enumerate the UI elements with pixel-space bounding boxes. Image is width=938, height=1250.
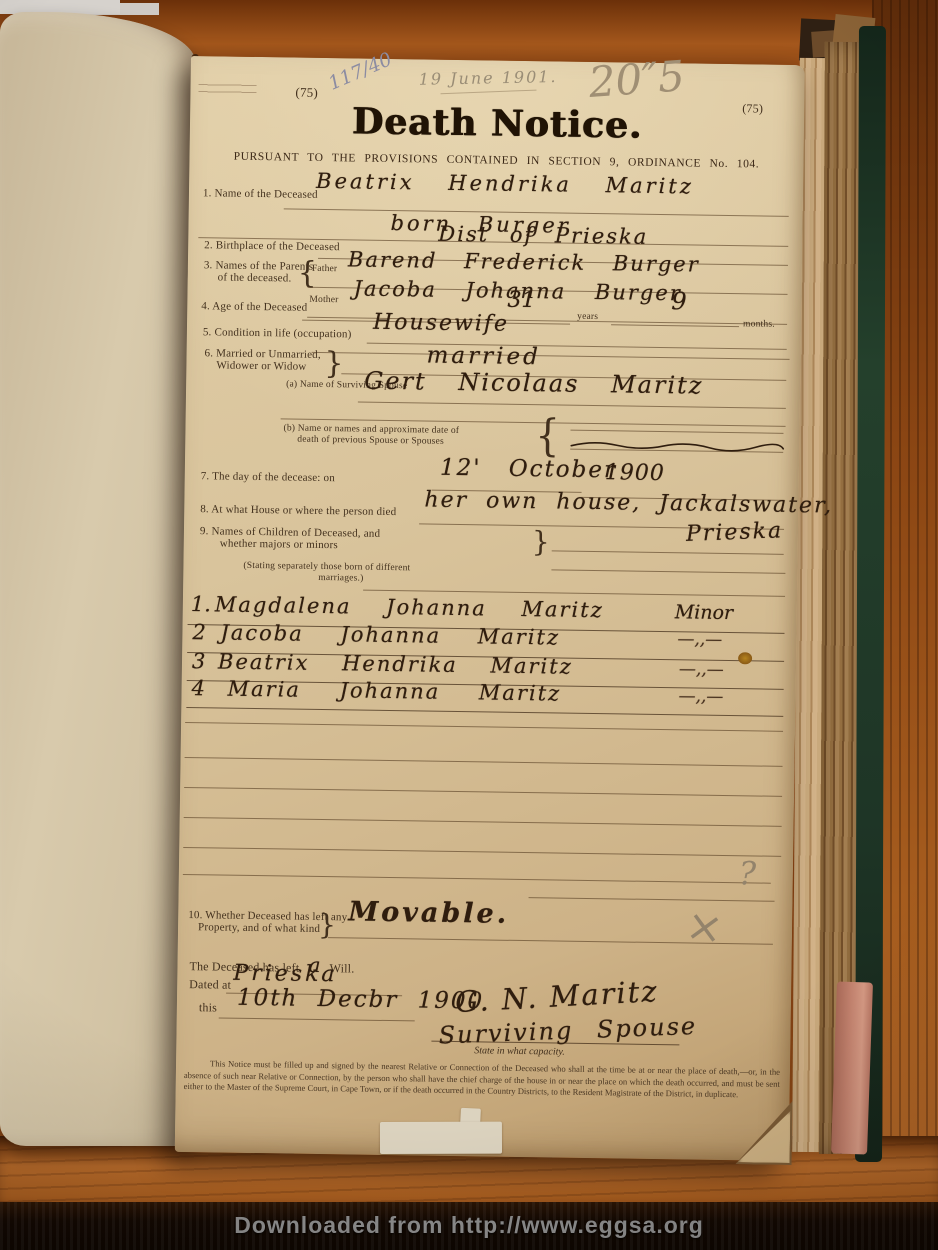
field3-label2: of the deceased. xyxy=(218,271,292,284)
child-row-name: Magdalena Johanna Maritz xyxy=(215,592,604,622)
page-title: Death Notice. xyxy=(190,98,805,149)
field9-note1: (Stating separately those born of differ… xyxy=(243,561,410,573)
field1-value: Beatrix Hendrika Maritz xyxy=(316,169,694,199)
age-years-value: 31 xyxy=(507,288,535,313)
field5-value: Housewife xyxy=(373,310,509,337)
ruled-line xyxy=(184,787,782,797)
father-value: Barend Frederick Burger xyxy=(348,247,700,276)
child-row-status: —,,— xyxy=(678,686,723,707)
child-row-status: —,,— xyxy=(679,659,724,680)
field6-brace: } xyxy=(324,346,344,381)
signature-name: G. N. Maritz xyxy=(454,974,659,1019)
field9-label2: whether majors or minors xyxy=(220,537,338,551)
field2-value: Dist of Prieska xyxy=(438,222,648,249)
footnote-text: This Notice must be filled up and signed… xyxy=(184,1058,780,1102)
ruled-line xyxy=(611,324,739,327)
ink-dash-squiggle xyxy=(569,438,785,455)
paper-sticker xyxy=(380,1122,502,1154)
ruled-line xyxy=(185,722,783,732)
child-row-number: 1. xyxy=(191,592,211,616)
ruled-line xyxy=(358,402,786,409)
dated-at-label: Dated at xyxy=(189,977,231,993)
printer-imprint-smudge xyxy=(198,83,256,96)
left-blank-page xyxy=(0,12,196,1146)
field7-year: 1900 xyxy=(605,460,665,486)
photo-of-death-notice: (75) 117/40 19 June 1901. 20″5 (75) Deat… xyxy=(0,0,938,1250)
form-number-left: (75) xyxy=(295,85,318,101)
pencil-question-mark: ? xyxy=(739,854,757,892)
field8-value: her own house, Jackalswater, xyxy=(424,488,833,519)
child-row-number: 4 xyxy=(191,676,205,700)
field4-label: 4. Age of the Deceased xyxy=(201,300,307,314)
previous-spouse-brace: { xyxy=(535,410,560,461)
death-notice-page: (75) 117/40 19 June 1901. 20″5 (75) Deat… xyxy=(175,56,805,1161)
ruled-line xyxy=(219,1018,415,1022)
child-row-name: Beatrix Hendrika Maritz xyxy=(218,649,573,678)
this-date-value: 10th Decbr 1900 xyxy=(237,985,484,1015)
pencil-cross-mark: × xyxy=(682,899,726,955)
ruled-line xyxy=(570,430,783,434)
pencil-underline xyxy=(441,90,537,95)
child-row-status: —,,— xyxy=(677,629,722,650)
ruled-line xyxy=(551,569,785,573)
field6-label2: Widower or Widow xyxy=(216,359,306,372)
child-row-name: Maria Johanna Maritz xyxy=(227,677,561,706)
child-row-name: Jacoba Johanna Maritz xyxy=(220,621,560,650)
months-label: months. xyxy=(743,319,775,329)
field1-label: 1. Name of the Deceased xyxy=(203,187,318,201)
ruled-line xyxy=(529,897,775,902)
pencil-filing-date: 19 June 1901. xyxy=(419,67,558,89)
ink-stain xyxy=(738,652,752,664)
child-row-status: Minor xyxy=(675,601,734,624)
ruled-line xyxy=(185,757,783,767)
field10-label2: Property, and of what kind xyxy=(198,921,320,935)
ruled-line xyxy=(552,550,784,554)
ruled-line xyxy=(184,817,782,827)
field6-value: married xyxy=(426,343,541,371)
page-subtitle: PURSUANT TO THE PROVISIONS CONTAINED IN … xyxy=(189,150,803,171)
previous-spouse-label2: death of previous Spouse or Spouses xyxy=(297,435,444,447)
field7-value: 12' October xyxy=(440,455,617,484)
ruled-line xyxy=(183,874,771,884)
eggsa-watermark: Downloaded from http://www.eggsa.org xyxy=(0,1212,938,1239)
pink-sheet-edge xyxy=(831,981,873,1154)
field10-value: Movable. xyxy=(348,896,509,929)
child-row-number: 2 xyxy=(192,620,206,644)
pencil-large-number: 20″5 xyxy=(587,51,686,107)
child-row-number: 3 xyxy=(192,649,206,673)
capacity-caption: State in what capacity. xyxy=(474,1045,565,1057)
field9-note2: marriages.) xyxy=(318,573,363,584)
mother-label: Mother xyxy=(309,295,338,305)
dated-at-value: Prieska xyxy=(233,961,337,988)
ruled-line xyxy=(183,847,781,857)
father-label: Father xyxy=(312,264,338,274)
age-months-value: 9 xyxy=(671,287,687,315)
years-label: years xyxy=(577,312,598,322)
field8-label: 8. At what House or where the person die… xyxy=(200,503,396,518)
ruled-line xyxy=(186,707,783,717)
field5-label: 5. Condition in life (occupation) xyxy=(203,326,352,340)
field9-brace: } xyxy=(532,525,550,558)
ruled-line xyxy=(312,352,790,360)
field8-value2: Prieska xyxy=(686,518,784,547)
spouse-value: Gert Nicolaas Maritz xyxy=(364,367,704,400)
this-label: this xyxy=(199,1000,217,1015)
field2-label: 2. Birthplace of the Deceased xyxy=(204,239,340,253)
field7-label: 7. The day of the decease: on xyxy=(201,470,335,484)
